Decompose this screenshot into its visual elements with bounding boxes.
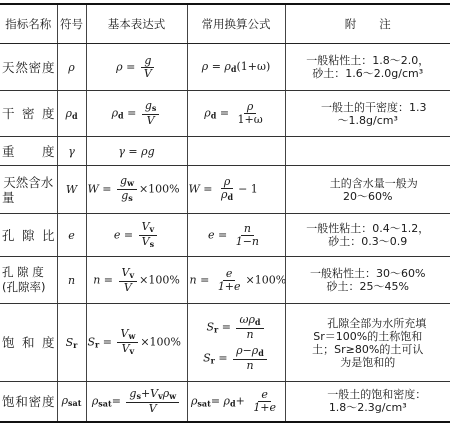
row-note: 孔隙全部为水所充填 Sr＝100%的土称饱和 土；Sr≥80%的土可认 为是饱和…	[285, 304, 450, 382]
row-name: 饱 和 度	[0, 304, 57, 382]
table-row: 饱和密度 ρsat ρsat= gs+VvρwV ρsat= ρd+ e1+e …	[0, 382, 450, 422]
row-symbol: W	[57, 166, 86, 214]
basic-expression: ρsat= gs+VvρwV	[86, 382, 187, 422]
soil-index-table: 指标名称 符号 基本表达式 常用换算公式 附 注 天然密度 ρ ρ = gV ρ…	[0, 3, 450, 423]
conversion-formula-1: Sr = ωρdn	[190, 314, 283, 341]
table-row: 干 密 度 ρd ρd = gsV ρd = ρ1+ω 一般土的干密度：1.3 …	[0, 91, 450, 137]
header-row: 指标名称 符号 基本表达式 常用换算公式 附 注	[0, 4, 450, 44]
conversion-formula: W = ρρd− 1	[187, 166, 285, 214]
table-row: 天然含水量 W W = gwgs×100% W = ρρd− 1 土的含水量一般…	[0, 166, 450, 214]
header-notes: 附 注	[285, 4, 450, 44]
row-name: 孔 隙 度 (孔隙率)	[0, 257, 57, 304]
row-symbol: e	[57, 214, 86, 257]
row-symbol: ρ	[57, 44, 86, 91]
row-note: 一般性粘土：0.4～1.2， 砂土：0.3～0.9	[285, 214, 450, 257]
row-symbol: ρsat	[57, 382, 86, 422]
row-name: 天然含水量	[0, 166, 57, 214]
table-row: 孔 隙 比 e e = VvVs e = n1−n 一般性粘土：0.4～1.2，…	[0, 214, 450, 257]
basic-expression: W = gwgs×100%	[86, 166, 187, 214]
row-name: 干 密 度	[0, 91, 57, 137]
row-symbol: n	[57, 257, 86, 304]
row-name: 孔 隙 比	[0, 214, 57, 257]
row-note	[285, 137, 450, 166]
row-note: 土的含水量一般为 20～60%	[285, 166, 450, 214]
row-name: 重 度	[0, 137, 57, 166]
conversion-formula: ρsat= ρd+ e1+e	[187, 382, 285, 422]
row-symbol: γ	[57, 137, 86, 166]
row-note: 一般粘性土：30～60% 砂土：25～45%	[285, 257, 450, 304]
row-note: 一般粘性土：1.8～2.0， 砂土：1.6～2.0g/cm³	[285, 44, 450, 91]
basic-expression: ρd = gsV	[86, 91, 187, 137]
basic-expression: n = VvV×100%	[86, 257, 187, 304]
table-row: 饱 和 度 Sr Sr = VwVv×100% Sr = ωρdn Sr = ρ…	[0, 304, 450, 382]
table-row: 重 度 γ γ = ρg	[0, 137, 450, 166]
conversion-formula: n = e1+e×100%	[187, 257, 285, 304]
row-name: 天然密度	[0, 44, 57, 91]
conversion-formula: ρd = ρ1+ω	[187, 91, 285, 137]
header-index-name: 指标名称	[0, 4, 57, 44]
basic-expression: e = VvVs	[86, 214, 187, 257]
row-note: 一般土的干密度：1.3 ～1.8g/cm³	[285, 91, 450, 137]
row-name: 饱和密度	[0, 382, 57, 422]
header-conversion-formula: 常用换算公式	[187, 4, 285, 44]
basic-expression: ρ = gV	[86, 44, 187, 91]
conversion-formula: e = n1−n	[187, 214, 285, 257]
row-symbol: ρd	[57, 91, 86, 137]
row-note: 一般土的饱和密度： 1.8～2.3g/cm³	[285, 382, 450, 422]
row-symbol: Sr	[57, 304, 86, 382]
conversion-formula	[187, 137, 285, 166]
header-basic-expression: 基本表达式	[86, 4, 187, 44]
basic-expression: Sr = VwVv×100%	[86, 304, 187, 382]
header-symbol: 符号	[57, 4, 86, 44]
conversion-formula: ρ = ρd(1+ω)	[187, 44, 285, 91]
conversion-formula-2: Sr = ρ−ρdn	[190, 345, 283, 372]
basic-expression: γ = ρg	[86, 137, 187, 166]
table-row: 孔 隙 度 (孔隙率) n n = VvV×100% n = e1+e×100%…	[0, 257, 450, 304]
conversion-formula: Sr = ωρdn Sr = ρ−ρdn	[187, 304, 285, 382]
table-row: 天然密度 ρ ρ = gV ρ = ρd(1+ω) 一般粘性土：1.8～2.0，…	[0, 44, 450, 91]
